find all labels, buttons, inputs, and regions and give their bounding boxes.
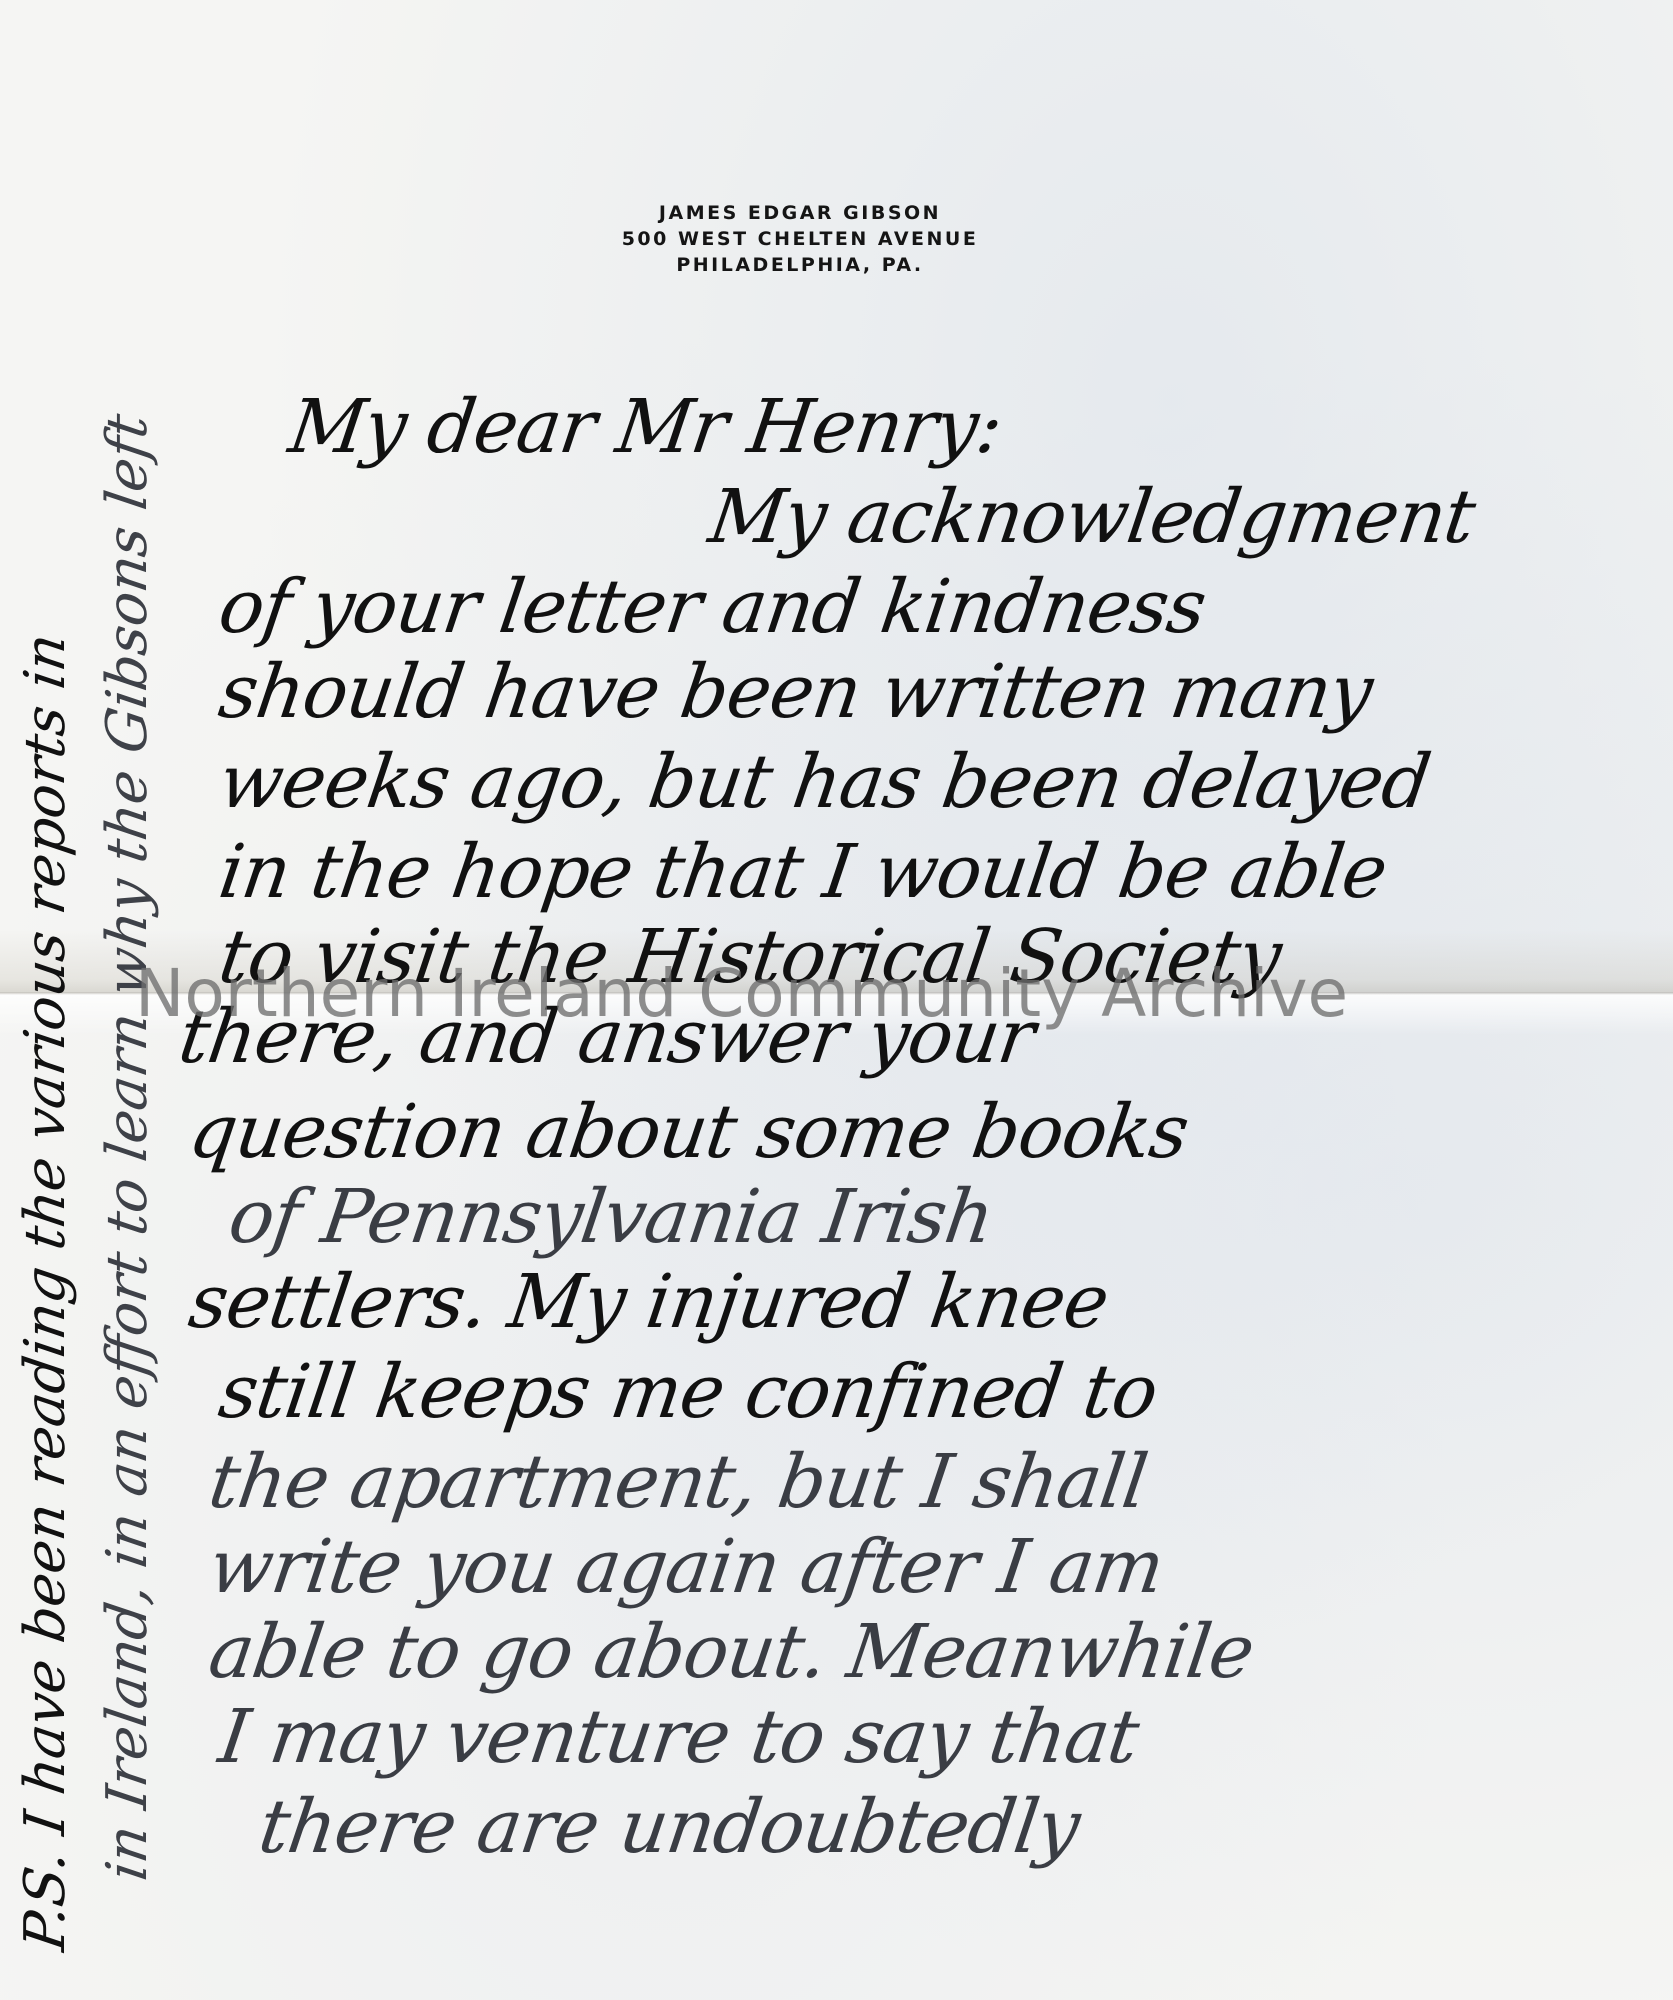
- salutation: My dear Mr Henry:: [285, 390, 1006, 464]
- letter-page: JAMES EDGAR GIBSON 500 WEST CHELTEN AVEN…: [0, 0, 1673, 2000]
- archive-watermark: Northern Ireland Community Archive: [135, 955, 1535, 1032]
- letterhead-street: 500 WEST CHELTEN AVENUE: [520, 226, 1080, 252]
- letter-line: in the hope that I would be able: [215, 835, 1391, 909]
- postscript-line: P.S. I have been reading the various rep…: [18, 630, 74, 1953]
- letter-line: I may venture to say that: [215, 1700, 1143, 1774]
- postscript-line: in Ireland, in an effort to learn why th…: [100, 411, 156, 1884]
- letter-line: settlers. My injured knee: [185, 1265, 1113, 1339]
- letterhead-city: PHILADELPHIA, PA.: [520, 252, 1080, 278]
- letter-line: question about some books: [185, 1095, 1193, 1169]
- letterhead: JAMES EDGAR GIBSON 500 WEST CHELTEN AVEN…: [520, 200, 1080, 278]
- letter-line: write you again after I am: [205, 1530, 1168, 1604]
- letter-line: still keeps me confined to: [215, 1355, 1162, 1429]
- letter-line: My acknowledgment: [705, 480, 1479, 554]
- letter-line: weeks ago, but has been delayed: [215, 745, 1434, 819]
- letter-line: should have been written many: [215, 655, 1376, 729]
- letterhead-name: JAMES EDGAR GIBSON: [520, 200, 1080, 226]
- letter-line: the apartment, but I shall: [205, 1445, 1151, 1519]
- letter-line: there are undoubtedly: [255, 1790, 1084, 1864]
- letter-line: able to go about. Meanwhile: [205, 1615, 1258, 1689]
- letter-line: of your letter and kindness: [215, 570, 1210, 644]
- letter-line: of Pennsylvania Irish: [225, 1180, 998, 1254]
